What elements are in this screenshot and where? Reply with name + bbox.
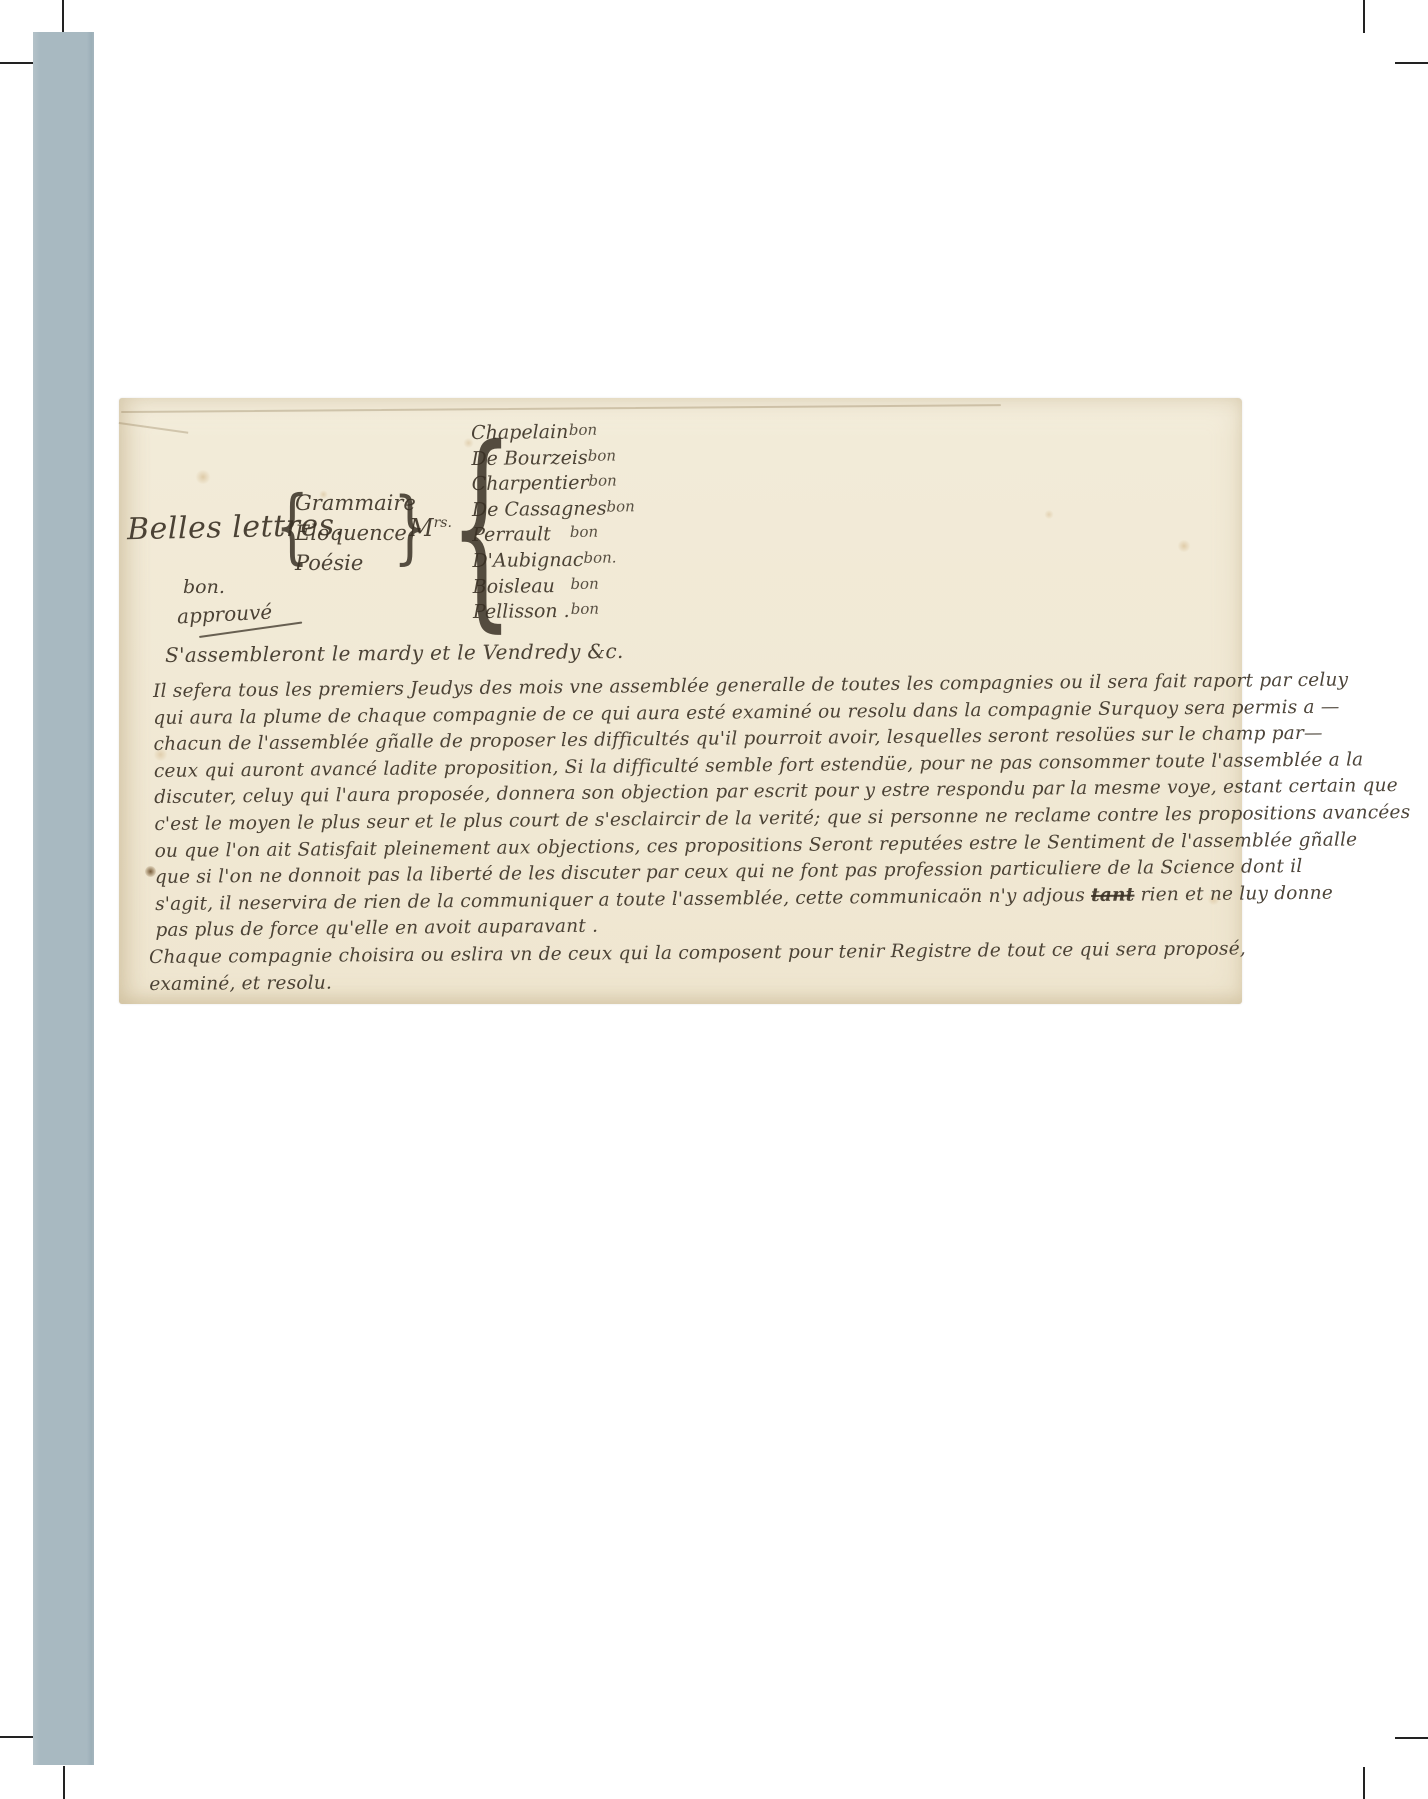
member-name: Pellisson . [473, 600, 570, 623]
paper-stain [1044, 510, 1054, 519]
crop-mark-bottom-left-horizontal [0, 1736, 33, 1738]
margin-note-approved: approuvé [176, 600, 272, 629]
crop-mark-bottom-right-horizontal [1395, 1737, 1428, 1739]
member-row: De Bourzeisbon [471, 446, 597, 473]
member-name: D'Aubignac [472, 549, 583, 572]
member-name: De Bourzeis [471, 446, 588, 469]
struck-word: tant [1091, 884, 1135, 905]
paper-crease [121, 404, 1001, 413]
member-approval-mark: bon [588, 472, 616, 490]
member-approval-mark: bon [588, 446, 616, 464]
paper-stain [195, 470, 211, 484]
paragraph-registre: Chaque compagnie choisira ou eslira vn d… [149, 936, 1246, 998]
crop-mark-top-left-vertical [62, 0, 64, 33]
member-name: Boisleau [473, 575, 555, 598]
member-row: Chapelainbon [471, 421, 597, 448]
margin-note-bon: bon. [183, 576, 225, 598]
book-page: Belles lettres. { GrammaireEloquencePoés… [0, 0, 1428, 1799]
member-name: Charpentier [472, 472, 589, 495]
paper-stain [1177, 540, 1191, 552]
member-approval-mark: bon [570, 574, 598, 592]
crop-mark-top-right-vertical [1363, 0, 1365, 33]
margin-accent-bar [33, 32, 94, 1765]
member-row: Pellisson .bon [473, 600, 599, 627]
member-name: Perrault [472, 524, 551, 547]
member-approval-mark: bon [569, 421, 597, 439]
member-row: Boisleaubon [473, 574, 599, 601]
members-abbreviation: Mrs. [409, 514, 452, 542]
meeting-days-line: S'assembleront le mardy et le Vendredy &… [165, 639, 624, 667]
manuscript-scan: Belles lettres. { GrammaireEloquencePoés… [119, 398, 1242, 1004]
member-name: De Cassagnes [472, 497, 607, 520]
member-row: De Cassagnesbon [472, 497, 598, 524]
member-approval-mark: bon [570, 523, 598, 541]
crop-mark-top-right-horizontal [1395, 62, 1428, 64]
members-list: ChapelainbonDe BourzeisbonCharpentierbon… [471, 421, 599, 627]
member-row: Perraultbon [472, 523, 598, 550]
member-approval-mark: bon [606, 497, 634, 515]
member-name: Chapelain [471, 421, 568, 444]
member-approval-mark: bon [571, 600, 599, 618]
crop-mark-bottom-left-vertical [63, 1766, 65, 1799]
member-approval-mark: bon. [583, 548, 616, 566]
member-row: D'Aubignacbon. [472, 549, 598, 576]
paper-corner-crease [119, 422, 189, 434]
member-row: Charpentierbon [472, 472, 598, 499]
paragraph-assembly-rules: Il sefera tous les premiers Jeudys des m… [153, 667, 1411, 945]
crop-mark-bottom-right-vertical [1363, 1767, 1365, 1799]
crop-mark-top-left-horizontal [0, 62, 33, 64]
